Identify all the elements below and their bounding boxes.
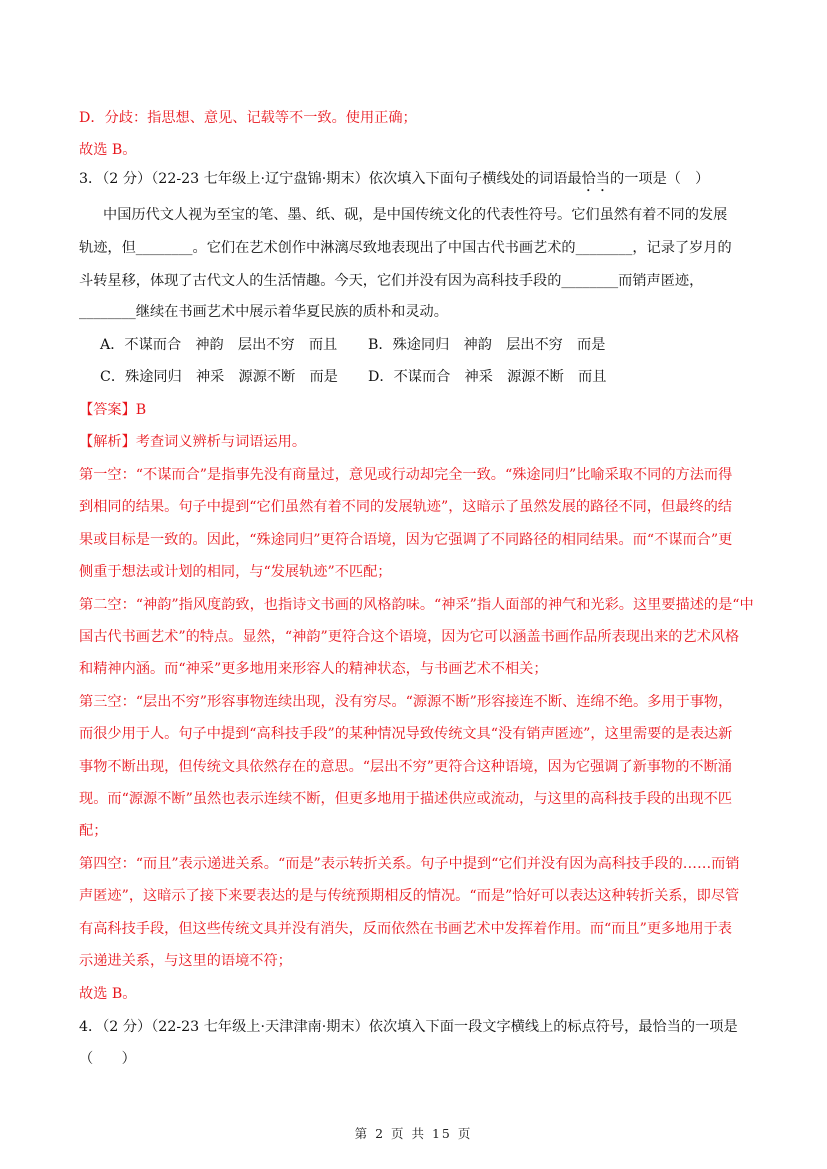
analysis-line: 第二空：“神韵”指风度韵致，也指诗文书画的风格韵味。“神采”指人面部的神气和光彩… [79,595,754,615]
question-4-paren: （ ） [79,1049,136,1069]
analysis-line: 第三空：“层出不穷”形容事物连续出现，没有穷尽。“源源不断”形容接连不断、连绵不… [79,692,732,712]
analysis-line: 国古代书画艺术”的特点。显然，“神韵”更符合这个语境，因为它可以涵盖书画作品所表… [79,627,739,647]
option-c: C．殊途同归 神采 源源不断 而是 [100,367,338,387]
page-footer: 第 2 页 共 15 页 [0,1124,827,1142]
analysis-line: 有高科技手段，但这些传统文具并没有消失，反而依然在书画艺术中发挥着作用。而“而且… [79,919,732,939]
option-b: B．殊途同归 神韵 层出不穷 而是 [368,335,605,355]
passage-line-1: 中国历代文人视为至宝的笔、墨、纸、砚，是中国传统文化的代表性符号。它们虽然有着不… [103,205,727,225]
option-a: A．不谋而合 神韵 层出不穷 而且 [100,335,337,355]
analysis-line: 而很少用于人。句子中提到“高科技手段”的某种情况导致传统文具“没有销声匿迹”，这… [79,724,732,744]
analysis-line: 和精神内涵。而“神采”更多地用来形容人的精神状态，与书画艺术不相关； [79,659,548,679]
analysis-line: 第一空：“不谋而合”是指事先没有商量过，意见或行动却完全一致。“殊途同归”比喻采… [79,465,732,485]
analysis-line: 事物不断出现，但传统文具依然存在的意思。“层出不穷”更符合这种语境，因为它强调了… [79,757,732,777]
question-3-stem: 3．（2 分）（22-23 七年级上·辽宁盘锦·期末）依次填入下面句子横线处的词… [79,169,709,195]
analysis-line: 配； [79,821,107,841]
analysis-line: 声匿迹”，这暗示了接下来要表达的是与传统预期相反的情况。“而是”恰好可以表达这种… [79,886,739,906]
answer: 【答案】B [79,400,146,420]
question-3-conclusion: 故选 B。 [79,984,137,1004]
passage-line-4: ________继续在书画艺术中展示着华夏民族的质朴和灵动。 [79,302,448,322]
analysis-line: 侧重于想法或计划的相同，与“发展轨迹”不匹配； [79,562,391,582]
question-4-stem: 4．（2 分）（22-23 七年级上·天津津南·期末）依次填入下面一段文字横线上… [79,1017,738,1037]
option-d: D．不谋而合 神采 源源不断 而且 [368,367,606,387]
analysis-line: 示递进关系，与这里的语境不符； [79,951,292,971]
analysis-title: 【解析】考查词义辨析与词语运用。 [79,432,306,452]
analysis-line: 果或目标是一致的。因此，“殊途同归”更符合语境，因为它强调了不同路径的相同结果。… [79,530,732,550]
analysis-line: 现。而“源源不断”虽然也表示连续不断，但更多地用于描述供应或流动，与这里的高科技… [79,789,732,809]
passage-line-2: 轨迹，但________。它们在艺术创作中淋漓尽致地表现出了中国古代书画艺术的_… [79,238,732,258]
analysis-line: 到相同的结果。句子中提到“它们虽然有着不同的发展轨迹”，这暗示了虽然发展的路径不… [79,497,732,517]
prev-conclusion: 故选 B。 [79,140,137,160]
emphasis-dots: 恰当 [582,171,610,187]
analysis-line: 第四空：“而且”表示递进关系。“而是”表示转折关系。句子中提到“它们并没有因为高… [79,854,740,874]
prev-option-d-analysis: D．分歧：指思想、意见、记载等不一致。使用正确； [79,108,417,128]
passage-line-3: 斗转星移，体现了古代文人的生活情趣。今天，它们并没有因为高科技手段的______… [79,271,703,291]
